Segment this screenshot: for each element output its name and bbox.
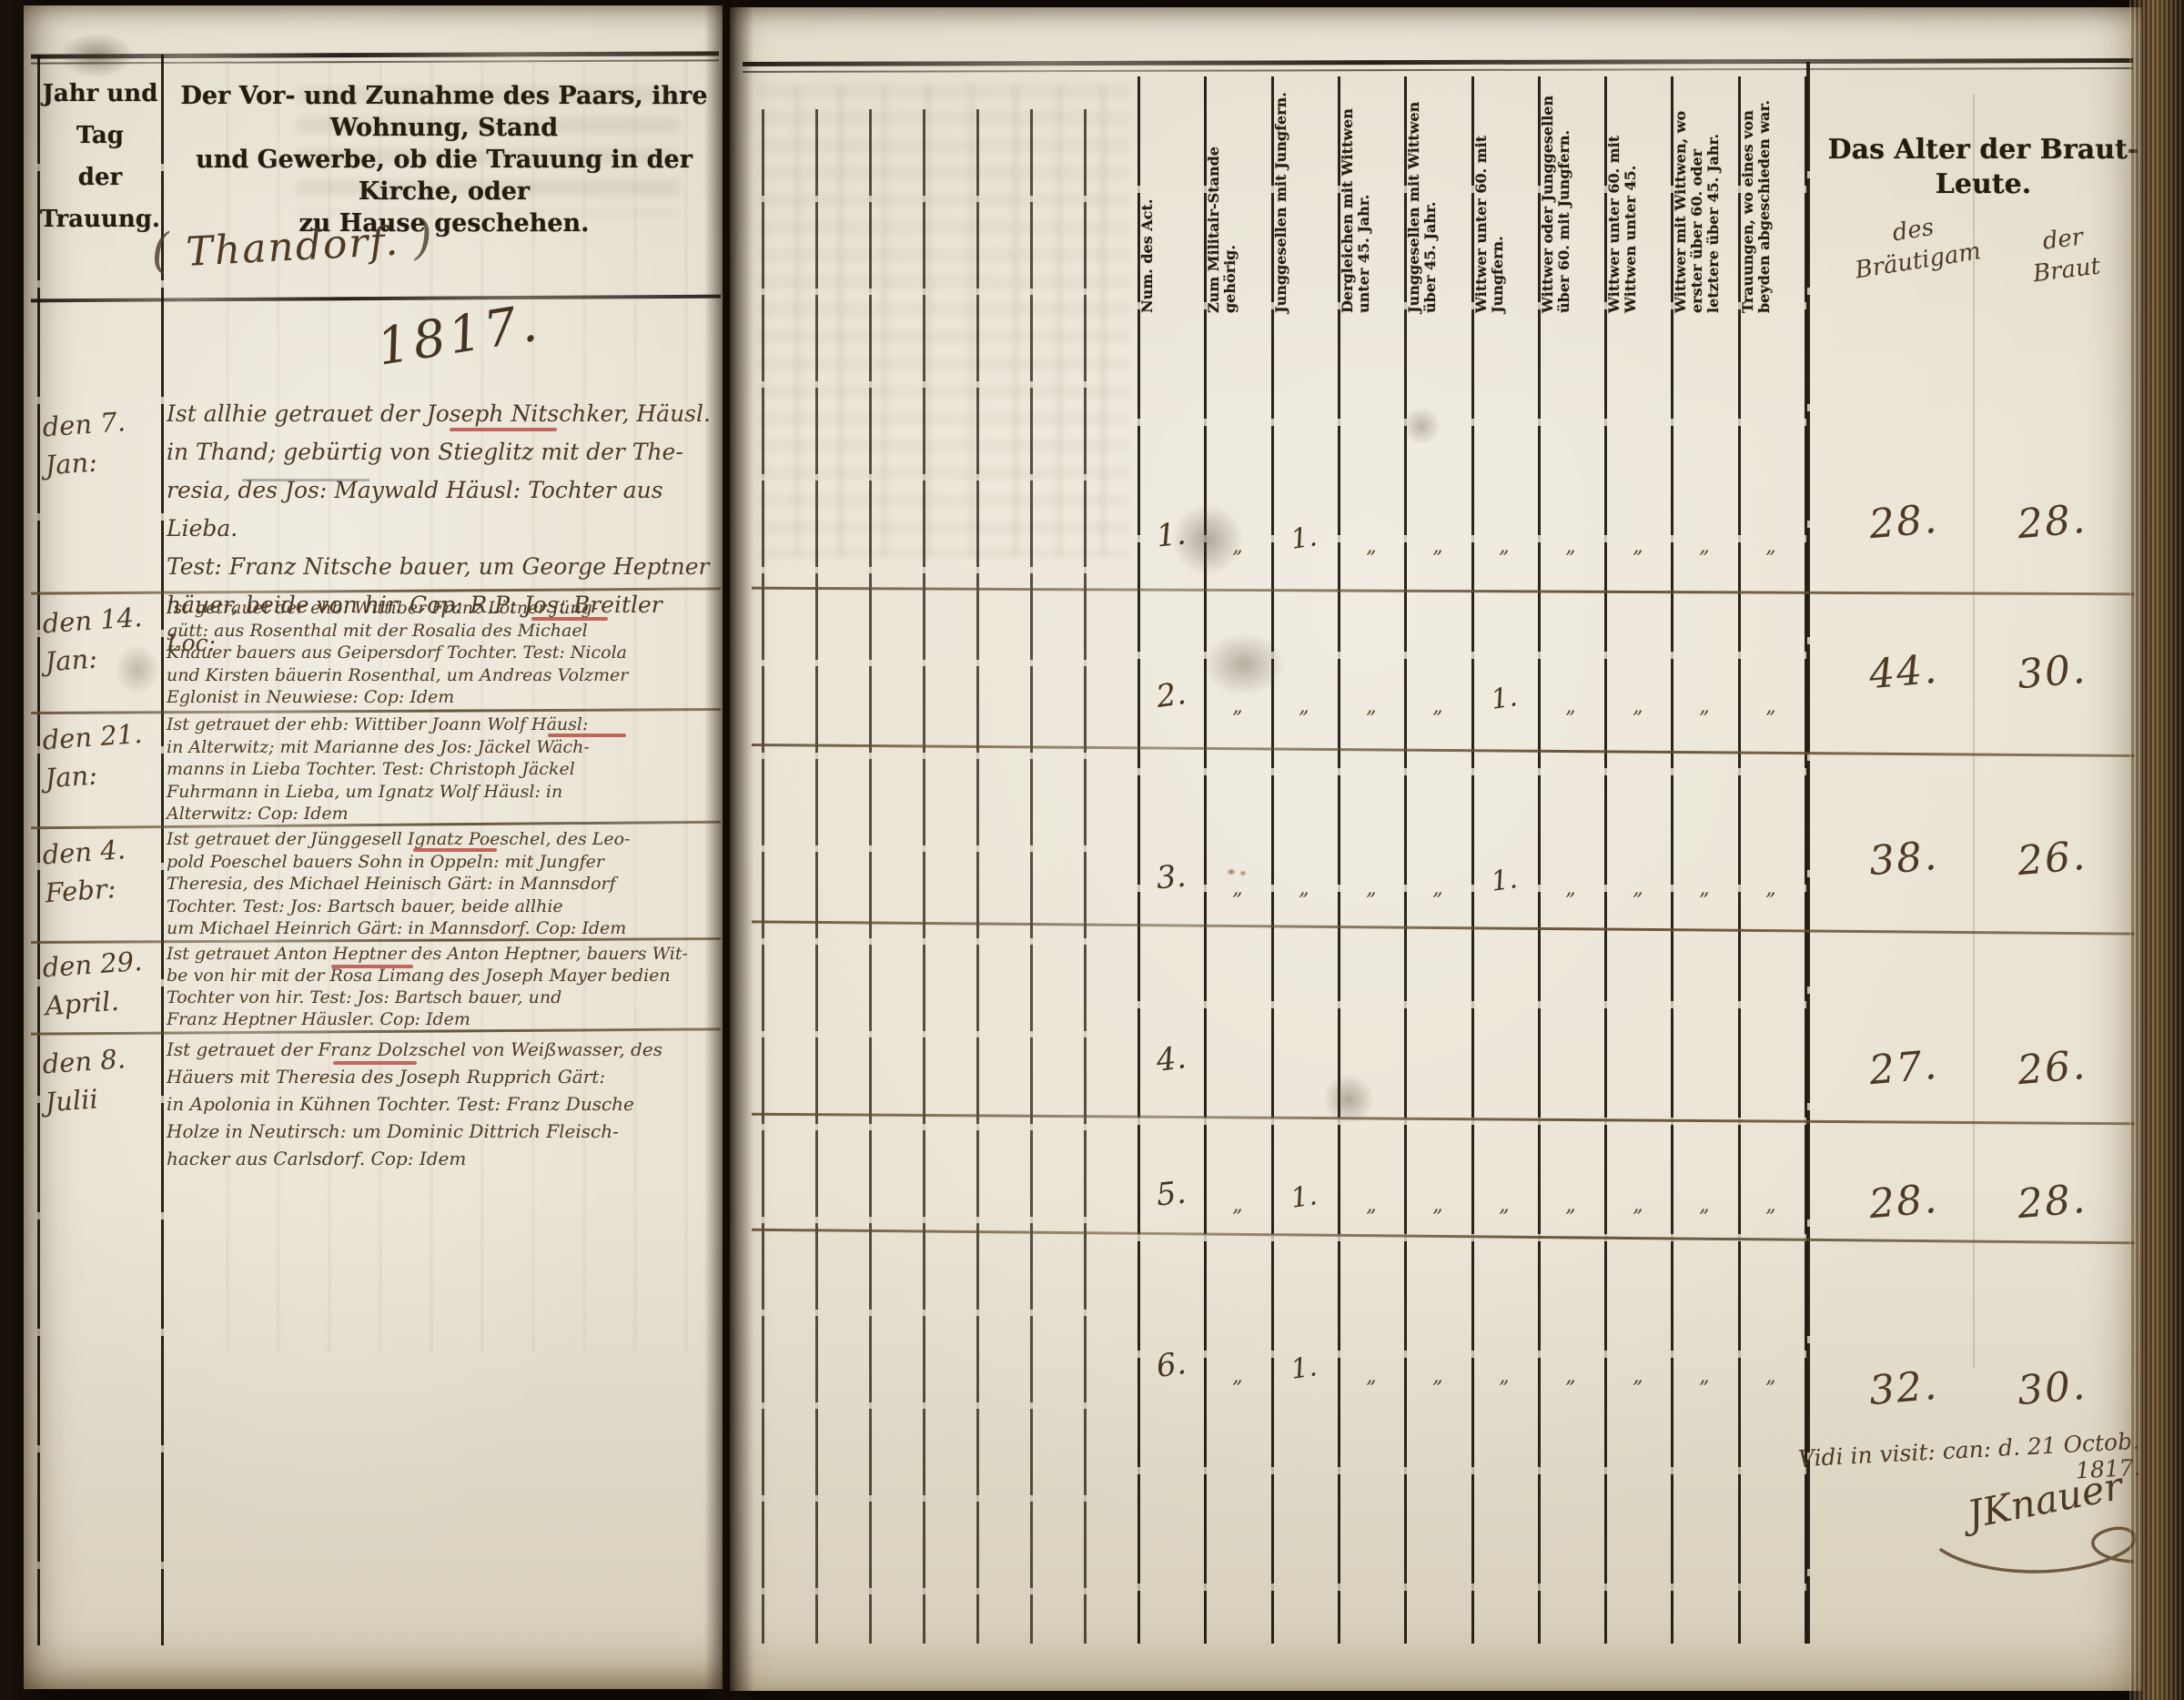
rotated-column-header: Wittwer unter 60. mit Jungfern.: [1473, 84, 1539, 317]
age-section-rule: [1806, 62, 1810, 1644]
groom-age: 38.: [1825, 829, 1983, 889]
red-underline: [450, 428, 557, 431]
ditto-mark: „: [1739, 877, 1803, 900]
rotated-column-header: Trauungen, wo eines von beyden abgeschie…: [1740, 84, 1805, 317]
entry-date: den 8.Julii: [41, 1037, 163, 1122]
ditto-mark: „: [1739, 1365, 1803, 1388]
ditto-mark: „: [1406, 1194, 1470, 1217]
row-number: 5.: [1137, 1172, 1205, 1215]
header-line: und Gewerbe, ob die Trauung in der Kirch…: [166, 144, 723, 207]
ditto-mark: „: [1539, 1365, 1603, 1388]
ditto-mark: „: [1673, 1365, 1736, 1388]
entry-date: den 29.April.: [41, 941, 163, 1026]
header-line: Der Vor- und Zunahme des Paars, ihre Woh…: [166, 80, 723, 144]
ditto-mark: „: [1739, 1194, 1803, 1217]
row-number: 3.: [1137, 856, 1204, 898]
entry-text: Ist getrauet der Jünggesell Ignatz Poesc…: [167, 828, 718, 940]
bride-age: 30.: [1973, 643, 2131, 703]
ruled-column-line: [1030, 109, 1033, 1644]
row-number: 1.: [1137, 513, 1205, 556]
bride-age: 30.: [1973, 1359, 2131, 1419]
ditto-mark: „: [1539, 1194, 1603, 1217]
ink-smudge: [1312, 1063, 1385, 1136]
bleed-through: [757, 85, 1130, 558]
ink-dot: [1227, 868, 1236, 875]
header-line: Das Alter der Braut-: [1826, 133, 2140, 167]
entry-text: Ist getrauet Anton Heptner des Anton Hep…: [167, 943, 718, 1030]
ditto-mark: „: [1606, 1194, 1670, 1217]
tally-mark: 1.: [1471, 678, 1538, 718]
ditto-mark: „: [1606, 1365, 1670, 1388]
ink-smudge: [1394, 399, 1449, 453]
red-underline: [333, 1061, 417, 1065]
ditto-mark: „: [1206, 1365, 1269, 1388]
ditto-mark: „: [1340, 877, 1403, 900]
entry-text: Ist getrauet der Franz Dolzschel von Wei…: [167, 1036, 718, 1172]
header-line: Trauung.: [40, 198, 160, 240]
header-line: Leute.: [1826, 167, 2140, 202]
entry-date: den 21.Jan:: [41, 713, 163, 798]
rotated-column-header: Junggesellen mit Wittwen über 45. Jahr.: [1406, 84, 1471, 317]
header-bottom-rule: [31, 295, 721, 303]
ditto-mark: „: [1406, 877, 1470, 900]
ditto-mark: „: [1673, 877, 1736, 900]
right-page: Num. des Act.Zum Militair-Stande gehörig…: [730, 7, 2142, 1691]
row-separator: [752, 1113, 2135, 1126]
bride-age: 28.: [1973, 492, 2131, 552]
left-page: Jahr und Tag der Trauung. Der Vor- und Z…: [24, 5, 723, 1689]
pen-flourish: ): [412, 210, 435, 266]
row-separator: [752, 1229, 2135, 1245]
left-border-rule: [37, 55, 40, 1645]
rotated-column-header: Wittwer oder Junggesellen über 60. mit J…: [1540, 84, 1605, 317]
row-number: 4.: [1137, 1037, 1205, 1081]
ruled-column-line: [762, 109, 764, 1644]
ditto-mark: „: [1673, 695, 1736, 718]
ditto-mark: „: [1272, 695, 1336, 718]
bride-column-label: der Braut: [1984, 215, 2145, 295]
tally-mark: 1.: [1471, 860, 1538, 900]
bride-age: 28.: [1973, 1172, 2131, 1232]
ditto-mark: „: [1206, 877, 1269, 900]
ditto-mark: „: [1340, 695, 1403, 718]
row-separator: [752, 744, 2135, 757]
age-section-title: Das Alter der Braut- Leute.: [1826, 133, 2140, 202]
entry-date: den 14.Jan:: [41, 597, 163, 682]
tally-mark: 1.: [1270, 1348, 1338, 1388]
groom-age: 44.: [1825, 643, 1983, 703]
ruled-column-line: [815, 109, 818, 1644]
ditto-mark: „: [1340, 1365, 1403, 1388]
book-gutter: [704, 0, 753, 1700]
ditto-mark: „: [1272, 877, 1336, 900]
pencil-underline: [242, 479, 369, 481]
ditto-mark: „: [1539, 877, 1603, 900]
ditto-mark: „: [1340, 1194, 1403, 1217]
ditto-mark: „: [1739, 535, 1803, 558]
ruled-column-line: [1084, 109, 1087, 1644]
date-column-header: Jahr und Tag der Trauung.: [40, 73, 160, 240]
tally-mark: 1.: [1270, 1177, 1338, 1217]
signature-flourish: [1927, 1509, 2155, 1582]
red-underline: [413, 848, 497, 852]
page-stack-edge: [2129, 0, 2184, 1700]
row-number: 2.: [1137, 673, 1206, 717]
groom-age: 32.: [1825, 1359, 1983, 1419]
pen-flourish: (: [150, 224, 173, 279]
rotated-column-header: Wittwer mit Wittwen, wo erster über 60. …: [1673, 84, 1738, 317]
entry-text: Ist getrauet der ehb: Wittiber Joann Wol…: [167, 713, 718, 825]
ditto-mark: „: [1472, 1365, 1536, 1388]
red-underline: [331, 965, 413, 968]
row-separator: [752, 587, 2135, 596]
top-rule: [743, 58, 2133, 66]
rotated-column-header: Junggesellen mit Jungfern.: [1273, 84, 1339, 317]
tally-mark: 1.: [1270, 518, 1338, 558]
rotated-column-header: Dergleichen mit Wittwen unter 45. Jahr.: [1340, 84, 1405, 317]
bride-age: 26.: [1973, 1038, 2131, 1098]
red-underline: [548, 734, 626, 737]
bride-age: 26.: [1973, 829, 2131, 889]
ditto-mark: „: [1539, 695, 1603, 718]
top-rule: [31, 51, 719, 58]
year-heading: 1817.: [373, 293, 544, 377]
ditto-mark: „: [1673, 535, 1736, 558]
groom-bride-divider: [1973, 94, 1975, 1368]
ditto-mark: „: [1206, 535, 1269, 558]
top-rule-2: [31, 59, 719, 64]
ditto-mark: „: [1406, 695, 1470, 718]
groom-age: 28.: [1825, 492, 1983, 552]
ruled-column-line: [923, 109, 925, 1644]
row-number: 6.: [1137, 1342, 1206, 1387]
ditto-mark: „: [1606, 877, 1670, 900]
entry-date: den 7.Jan:: [41, 400, 163, 485]
ink-dot: [1239, 870, 1247, 876]
ditto-mark: „: [1406, 535, 1470, 558]
date-column-rule: [161, 55, 164, 1645]
ruled-column-line: [869, 109, 872, 1644]
header-line: der: [40, 157, 160, 198]
ruled-column-line: [976, 109, 979, 1644]
ditto-mark: „: [1539, 535, 1603, 558]
rotated-column-header: Num. des Act.: [1139, 84, 1205, 317]
ditto-mark: „: [1606, 535, 1670, 558]
entry-text: Ist getrauet der ehb: Wittiber Franz Löt…: [167, 597, 718, 709]
rotated-column-header: Zum Militair-Stande gehörig.: [1206, 84, 1271, 317]
row-separator: [752, 920, 2135, 935]
ditto-mark: „: [1406, 1365, 1470, 1388]
ditto-mark: „: [1739, 695, 1803, 718]
ditto-mark: „: [1472, 1194, 1536, 1217]
register-book-spread: Jahr und Tag der Trauung. Der Vor- und Z…: [0, 0, 2184, 1700]
ditto-mark: „: [1206, 1194, 1269, 1217]
top-rule-2: [743, 67, 2133, 73]
ditto-mark: „: [1673, 1194, 1736, 1217]
ditto-mark: „: [1206, 695, 1269, 718]
ditto-mark: „: [1340, 535, 1403, 558]
groom-age: 28.: [1825, 1172, 1983, 1232]
header-line: Jahr und Tag: [40, 73, 160, 157]
rotated-column-header: Wittwer unter 60. mit Wittwen unter 45.: [1606, 84, 1672, 317]
entry-date: den 4.Febr:: [41, 828, 163, 913]
ditto-mark: „: [1606, 695, 1670, 718]
red-underline: [531, 617, 608, 621]
groom-age: 27.: [1825, 1038, 1983, 1098]
ditto-mark: „: [1472, 535, 1536, 558]
